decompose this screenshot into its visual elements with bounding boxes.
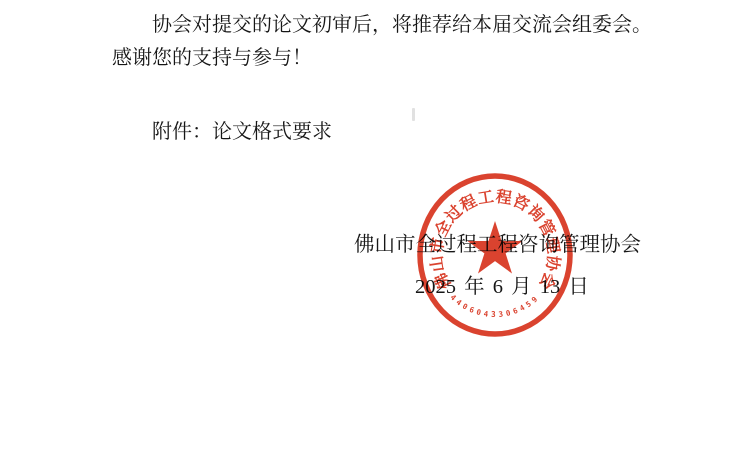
official-seal: 佛山市全过程工程咨询管理协会 4406043306459 bbox=[416, 171, 574, 339]
paragraph-line-1: 协会对提交的论文初审后，将推荐给本届交流会组委会。 bbox=[112, 9, 672, 42]
seal-star-icon bbox=[467, 221, 522, 274]
body-paragraph: 协会对提交的论文初审后，将推荐给本届交流会组委会。 感谢您的支持与参与！ bbox=[112, 9, 672, 75]
document-page: 协会对提交的论文初审后，将推荐给本届交流会组委会。 感谢您的支持与参与！ 附件：… bbox=[0, 0, 750, 451]
seal-serial-number: 4406043306459 bbox=[449, 293, 542, 319]
paragraph-line-2: 感谢您的支持与参与！ bbox=[112, 42, 672, 75]
scan-artifact bbox=[412, 108, 415, 121]
attachment-line: 附件：论文格式要求 bbox=[152, 116, 332, 149]
svg-text:4406043306459: 4406043306459 bbox=[449, 293, 542, 319]
